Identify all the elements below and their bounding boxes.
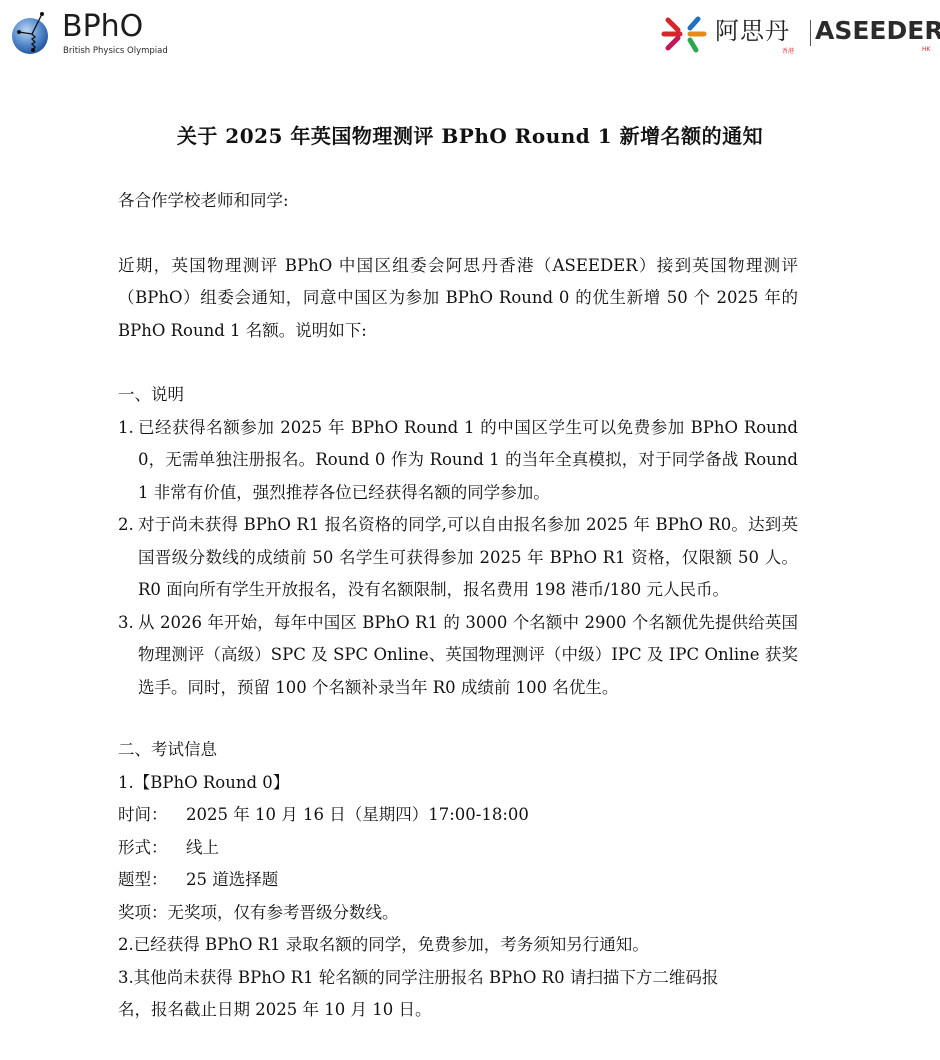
bpho-logo: BPhO British Physics Olympiad — [10, 6, 310, 62]
list-item: 3. 从 2026 年开始，每年中国区 BPhO R1 的 3000 个名额中 … — [118, 607, 798, 705]
exam-awards: 奖项：无奖项，仅有参考晋级分数线。 — [118, 897, 798, 930]
list-text: 对于尚未获得 BPhO R1 报名资格的同学,可以自由报名参加 2025 年 B… — [138, 515, 798, 599]
exam-detail-question-type: 题型：25 道选择题 — [118, 864, 798, 897]
exam-item-2: 2.已经获得 BPhO R1 录取名额的同学，免费参加，考务须知另行通知。 — [118, 929, 798, 962]
document-title: 关于 2025 年英国物理测评 BPhO Round 1 新增名额的通知 — [0, 120, 940, 149]
detail-label: 时间： — [118, 799, 186, 832]
atom-globe-icon — [10, 10, 56, 58]
list-number: 3. — [118, 607, 134, 640]
list-number: 1. — [118, 412, 134, 445]
exam-item-3-line-1: 3.其他尚未获得 BPhO R1 轮名额的同学注册报名 BPhO R0 请扫描下… — [118, 962, 798, 995]
detail-value: 2025 年 10 月 16 日（星期四）17:00-18:00 — [186, 799, 529, 832]
exam-item-3-line-2: 名，报名截止日期 2025 年 10 月 10 日。 — [118, 994, 798, 1027]
page-header: BPhO British Physics Olympiad 阿思丹 香港 ASE… — [0, 0, 940, 70]
intro-paragraph: 近期，英国物理测评 BPhO 中国区组委会阿思丹香港（ASEEDER）接到英国物… — [118, 250, 798, 348]
document-body: 各合作学校老师和同学: 近期，英国物理测评 BPhO 中国区组委会阿思丹香港（A… — [118, 185, 798, 1027]
logo-divider — [810, 20, 811, 46]
list-number: 2. — [118, 509, 134, 542]
list-text: 从 2026 年开始，每年中国区 BPhO R1 的 3000 个名额中 290… — [138, 613, 798, 697]
detail-label: 形式： — [118, 832, 186, 865]
exam-detail-format: 形式：线上 — [118, 832, 798, 865]
aseeder-name-en-sub: HK — [922, 46, 930, 53]
detail-value: 25 道选择题 — [186, 864, 278, 897]
salutation: 各合作学校老师和同学: — [118, 185, 798, 218]
spacer — [118, 218, 798, 250]
bpho-wordmark: BPhO — [62, 12, 143, 42]
bpho-subtitle: British Physics Olympiad — [63, 46, 168, 56]
spacer — [118, 704, 798, 734]
section-heading-exam-info: 二、考试信息 — [118, 734, 798, 767]
list-item: 2. 对于尚未获得 BPhO R1 报名资格的同学,可以自由报名参加 2025 … — [118, 509, 798, 607]
section-heading-explanation: 一、说明 — [118, 379, 798, 412]
detail-label: 题型： — [118, 864, 186, 897]
exam-subheading: 1.【BPhO Round 0】 — [118, 767, 798, 800]
aseeder-name-cn-sub: 香港 — [782, 46, 794, 55]
aseeder-logo: 阿思丹 香港 ASEEDER HK — [660, 12, 935, 58]
aseeder-name-cn: 阿思丹 — [715, 18, 790, 44]
spacer — [118, 347, 798, 379]
detail-value: 线上 — [186, 832, 219, 865]
aseeder-star-icon — [660, 14, 708, 54]
exam-detail-time: 时间：2025 年 10 月 16 日（星期四）17:00-18:00 — [118, 799, 798, 832]
aseeder-name-en: ASEEDER — [815, 18, 940, 44]
list-text: 已经获得名额参加 2025 年 BPhO Round 1 的中国区学生可以免费参… — [138, 418, 798, 502]
list-item: 1. 已经获得名额参加 2025 年 BPhO Round 1 的中国区学生可以… — [118, 412, 798, 510]
